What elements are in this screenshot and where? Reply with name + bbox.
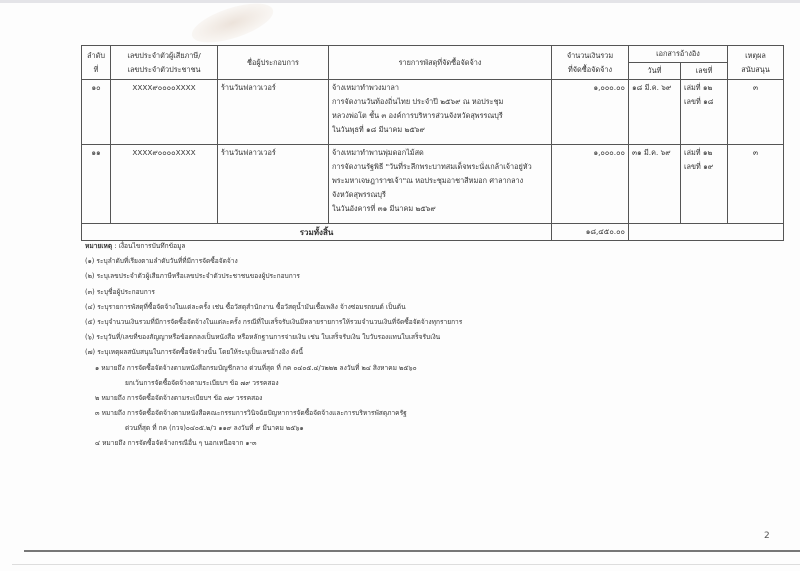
table-row: ๑๑ XXXX๙๐๐๐๐XXXX ร้านวันฟลาวเวอร์ จ้างเห… [82, 145, 784, 224]
item-line: ในวันอังคารที่ ๓๑ มีนาคม ๒๕๖๙ [332, 202, 548, 216]
row-amount: ๑,๐๐๐.๐๐ [552, 145, 629, 224]
row-no: ๑๐ [82, 80, 111, 145]
row-tax-id: XXXX๙๐๐๐๐XXXX [111, 80, 218, 145]
header-amount-line1: จำนวนเงินรวม [555, 49, 625, 63]
header-tax-id-line2: เลขประจำตัวประชาชน [114, 63, 214, 77]
row-ref-number: เล่มที่ ๑๒ เลขที่ ๑๙ [681, 145, 728, 224]
row-item: จ้างเหมาทำพานพุ่มดอกไม้สด การจัดงานรัฐพิ… [329, 145, 552, 224]
table-row: ๑๐ XXXX๙๐๐๐๐XXXX ร้านวันฟลาวเวอร์ จ้างเห… [82, 80, 784, 145]
footer-rule-faint [12, 564, 800, 565]
note-item: (๖) ระบุวันที่/เลขที่ของสัญญาหรือข้อตกลง… [85, 330, 462, 345]
total-label: รวมทั้งสิ้น [82, 224, 552, 241]
note-item: (๔) ระบุรายการพัสดุที่ซื้อจัดจ้างในแต่ละ… [85, 300, 462, 315]
footer-rule [24, 550, 800, 552]
note-item: (๗) ระบุเหตุผลสนับสนุนในการจัดซื้อจัดจ้า… [85, 345, 462, 360]
header-ref-number: เลขที่ [681, 63, 728, 80]
header-no: ลำดับที่ [82, 46, 111, 80]
header-reference: เอกสารอ้างอิง [629, 46, 728, 63]
total-row: รวมทั้งสิ้น ๑๘,๔๕๐.๐๐ [82, 224, 784, 241]
item-line: การจัดงานวันท้องถิ่นไทย ประจำปี ๒๕๖๙ ณ ห… [332, 95, 548, 109]
notes-heading: หมายเหตุ : เงื่อนไขการบันทึกข้อมูล [85, 239, 462, 254]
table-header-row: ลำดับที่ เลขประจำตัวผู้เสียภาษี/ เลขประจ… [82, 46, 784, 63]
item-line: การจัดงานรัฐพิธี "วันที่ระลึกพระบาทสมเด็… [332, 160, 548, 174]
item-line: พระมหาเจษฎาราชเจ้า"ณ หอประชุมอาชาสีหมอก … [332, 174, 548, 188]
item-line: หลวงพ่อโต ชั้น ๓ องค์การบริหารส่วนจังหวั… [332, 109, 548, 123]
row-ref-date: ๑๘ มี.ค. ๖๙ [629, 80, 681, 145]
header-tax-id: เลขประจำตัวผู้เสียภาษี/ เลขประจำตัวประชา… [111, 46, 218, 80]
row-item: จ้างเหมาทำพวงมาลา การจัดงานวันท้องถิ่นไท… [329, 80, 552, 145]
paper-stain [187, 0, 277, 50]
note-item: (๕) ระบุจำนวนเงินรวมที่มีการจัดซื้อจัดจ้… [85, 315, 462, 330]
row-reason: ๓ [728, 80, 784, 145]
ref-number-line: เลขที่ ๑๘ [684, 95, 724, 109]
row-ref-number: เล่มที่ ๑๒ เลขที่ ๑๘ [681, 80, 728, 145]
row-ref-date: ๓๑ มี.ค. ๖๙ [629, 145, 681, 224]
row-no: ๑๑ [82, 145, 111, 224]
header-reason: เหตุผลสนับสนุน [728, 46, 784, 80]
row-vendor: ร้านวันฟลาวเวอร์ [218, 145, 329, 224]
row-reason: ๓ [728, 145, 784, 224]
row-tax-id: XXXX๙๐๐๐๐XXXX [111, 145, 218, 224]
header-item: รายการพัสดุที่จัดซื้อจัดจ้าง [329, 46, 552, 80]
header-tax-id-line1: เลขประจำตัวผู้เสียภาษี/ [114, 49, 214, 63]
ref-number-line: เลขที่ ๑๙ [684, 160, 724, 174]
note-ref-continued: ยกเว้นการจัดซื้อจัดจ้างตามระเบียบฯ ข้อ ๗… [85, 376, 462, 391]
note-ref-continued: ด่วนที่สุด ที่ กค (กวจ)๐๔๐๕.๒/ว ๑๑๙ ลงวั… [85, 421, 462, 436]
notes-section: หมายเหตุ : เงื่อนไขการบันทึกข้อมูล (๑) ร… [85, 239, 462, 452]
header-amount-line2: ที่จัดซื้อจัดจ้าง [555, 63, 625, 77]
notes-title: หมายเหตุ [85, 242, 112, 250]
total-value: ๑๘,๔๕๐.๐๐ [552, 224, 629, 241]
row-amount: ๑,๐๐๐.๐๐ [552, 80, 629, 145]
ref-number-line: เล่มที่ ๑๒ [684, 81, 724, 95]
page-top-edge [0, 0, 800, 3]
note-item: (๓) ระบุชื่อผู้ประกอบการ [85, 285, 462, 300]
item-line: จ้างเหมาทำพานพุ่มดอกไม้สด [332, 146, 548, 160]
header-vendor: ชื่อผู้ประกอบการ [218, 46, 329, 80]
notes-intro: : เงื่อนไขการบันทึกข้อมูล [112, 242, 185, 250]
item-line: จังหวัดสุพรรณบุรี [332, 188, 548, 202]
note-ref: ๔ หมายถึง การจัดซื้อจัดจ้างกรณีอื่น ๆ นอ… [85, 436, 462, 451]
procurement-table: ลำดับที่ เลขประจำตัวผู้เสียภาษี/ เลขประจ… [81, 45, 784, 241]
header-ref-date: วันที่ [629, 63, 681, 80]
note-item: (๑) ระบุลำดับที่เรียงตามลำดับวันที่ที่มี… [85, 254, 462, 269]
item-line: จ้างเหมาทำพวงมาลา [332, 81, 548, 95]
note-item: (๒) ระบุเลขประจำตัวผู้เสียภาษีหรือเลขประ… [85, 269, 462, 284]
header-amount: จำนวนเงินรวม ที่จัดซื้อจัดจ้าง [552, 46, 629, 80]
total-row-spacer [629, 224, 784, 241]
item-line: ในวันพุธที่ ๑๘ มีนาคม ๒๕๖๙ [332, 123, 548, 137]
ref-number-line: เล่มที่ ๑๒ [684, 146, 724, 160]
row-vendor: ร้านวันฟลาวเวอร์ [218, 80, 329, 145]
note-ref: ๑ หมายถึง การจัดซื้อจัดจ้างตามหนังสือกรม… [85, 361, 462, 376]
page-number: 2 [764, 531, 770, 541]
note-ref: ๒ หมายถึง การจัดซื้อจัดจ้างตามระเบียบฯ ข… [85, 391, 462, 406]
note-ref: ๓ หมายถึง การจัดซื้อจัดจ้างตามหนังสือคณะ… [85, 406, 462, 421]
